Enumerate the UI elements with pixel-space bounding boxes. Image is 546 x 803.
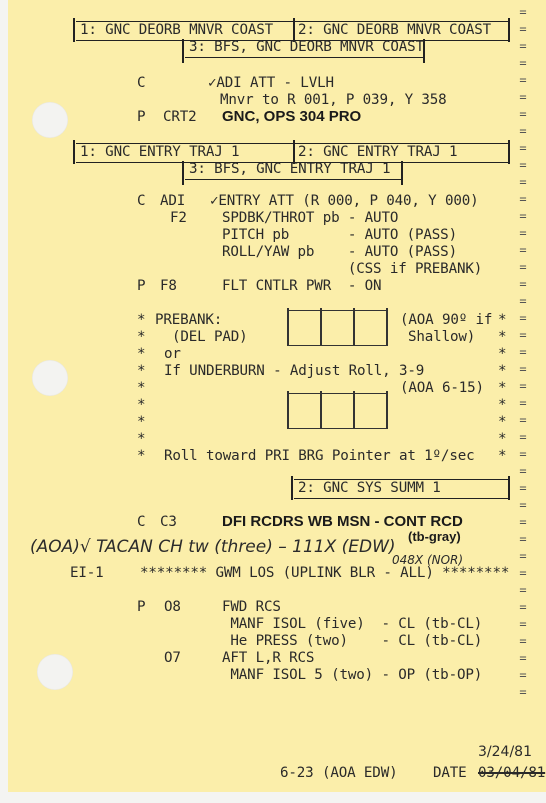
- star-bullet: *: [137, 414, 145, 431]
- aoa-note: (AOA 90º if: [400, 312, 492, 329]
- header-sys-summ: 2: GNC SYS SUMM 1: [298, 480, 441, 497]
- step-text: (CSS if PREBANK): [222, 261, 482, 278]
- los-banner: ******** GWM LOS (UPLINK BLR - ALL) ****…: [140, 565, 509, 582]
- change-bar-mark: =: [518, 123, 528, 140]
- date-label: DATE: [433, 765, 467, 782]
- change-bar-mark: =: [518, 4, 528, 21]
- change-bar-mark: =: [518, 446, 528, 463]
- star-bullet: *: [137, 448, 145, 465]
- change-bar-mark: =: [518, 259, 528, 276]
- change-bar-mark: =: [518, 548, 528, 565]
- star-bullet: *: [498, 448, 506, 465]
- header-right: 2: GNC ENTRY TRAJ 1: [298, 144, 457, 161]
- change-bar-mark: =: [518, 174, 528, 191]
- change-bar-mark: =: [518, 276, 528, 293]
- change-bar-mark: =: [518, 599, 528, 616]
- change-bar-mark: =: [518, 208, 528, 225]
- handwritten-tacan-note: (AOA)√ TACAN CH tw (three) – 111X (EDW): [30, 537, 396, 557]
- step-text-bold: GNC, OPS 304 PRO: [222, 108, 361, 125]
- star-bullet: *: [498, 346, 506, 363]
- change-bar-mark: =: [518, 378, 528, 395]
- star-bullet: *: [498, 380, 506, 397]
- crew-label: C: [137, 514, 145, 531]
- step-text: MANF ISOL (five) - CL (tb-CL): [222, 616, 482, 633]
- star-bullet: *: [137, 312, 145, 329]
- step-text: PITCH pb - AUTO (PASS): [222, 227, 457, 244]
- panel-label: F8: [160, 278, 177, 295]
- change-bar-mark: =: [518, 157, 528, 174]
- change-bar-mark: =: [518, 684, 528, 701]
- change-bar-mark: =: [518, 463, 528, 480]
- change-bar-mark: =: [518, 106, 528, 123]
- binder-hole: [37, 654, 73, 690]
- step-text: MANF ISOL 5 (two) - OP (tb-OP): [222, 667, 482, 684]
- change-bar-mark: =: [518, 38, 528, 55]
- star-bullet: *: [137, 397, 145, 414]
- crew-label: P: [137, 278, 145, 295]
- star-bullet: *: [137, 431, 145, 448]
- panel-label: CRT2: [163, 109, 197, 126]
- change-bar-mark: =: [518, 514, 528, 531]
- crew-label: P: [137, 599, 145, 616]
- header-bfs: 3: BFS, GNC ENTRY TRAJ 1: [189, 161, 390, 178]
- crew-label: C: [137, 193, 145, 210]
- header-bfs: 3: BFS, GNC DEORB MNVR COAST: [189, 39, 424, 56]
- change-bar-mark: =: [518, 140, 528, 157]
- star-bullet: *: [498, 312, 506, 329]
- del-pad-label: (DEL PAD): [172, 329, 248, 346]
- change-bar-mark: =: [518, 191, 528, 208]
- step-text: ✓ADI ATT - LVLH: [208, 75, 334, 92]
- ei-label: EI-1: [70, 565, 104, 582]
- step-text: AFT L,R RCS: [222, 650, 314, 667]
- header-right: 2: GNC DEORB MNVR COAST: [298, 22, 491, 39]
- change-bar-mark: =: [518, 361, 528, 378]
- underburn-text: If UNDERBURN - Adjust Roll, 3-9: [164, 363, 424, 380]
- aoa-note: Shallow): [408, 329, 475, 346]
- change-bar-mark: =: [518, 55, 528, 72]
- handwritten-date: 3/24/81: [478, 744, 532, 760]
- or-label: or: [164, 346, 181, 363]
- aoa-range: (AOA 6-15): [400, 380, 484, 397]
- header-left: 1: GNC ENTRY TRAJ 1: [80, 144, 239, 161]
- change-bar-mark: =: [518, 310, 528, 327]
- star-bullet: *: [498, 431, 506, 448]
- change-bar-mark: =: [518, 531, 528, 548]
- step-text: He PRESS (two) - CL (tb-CL): [222, 633, 482, 650]
- panel-label: ADI: [160, 193, 185, 210]
- panel-label: O7: [164, 650, 181, 667]
- date-old-struck: 03/04/81: [478, 765, 545, 782]
- change-bar-mark: =: [518, 293, 528, 310]
- star-bullet: *: [137, 346, 145, 363]
- change-bar-mark: =: [518, 72, 528, 89]
- change-bar-mark: =: [518, 667, 528, 684]
- star-bullet: *: [137, 363, 145, 380]
- roll-note: Roll toward PRI BRG Pointer at 1º/sec: [164, 448, 475, 465]
- panel-label: F2: [170, 210, 187, 227]
- change-bar-mark: =: [518, 616, 528, 633]
- star-bullet: *: [498, 397, 506, 414]
- crew-label: P: [137, 109, 145, 126]
- change-bar-mark: =: [518, 480, 528, 497]
- change-bar-mark: =: [518, 242, 528, 259]
- tb-gray-note: (tb-gray): [408, 528, 461, 545]
- change-bar-mark: =: [518, 225, 528, 242]
- step-text: Mnvr to R 001, P 039, Y 358: [220, 92, 447, 109]
- change-bar-mark: =: [518, 429, 528, 446]
- header-left: 1: GNC DEORB MNVR COAST: [80, 22, 273, 39]
- star-bullet: *: [137, 329, 145, 346]
- change-bar-mark: =: [518, 633, 528, 650]
- del-pad-entry-box: [287, 310, 387, 346]
- step-text: ✓ENTRY ATT (R 000, P 040, Y 000): [210, 193, 479, 210]
- binder-hole: [32, 360, 68, 396]
- star-bullet: *: [137, 380, 145, 397]
- star-bullet: *: [498, 414, 506, 431]
- step-text: SPDBK/THROT pb - AUTO: [222, 210, 398, 227]
- roll-entry-box: [287, 393, 387, 429]
- change-bar-mark: =: [518, 21, 528, 38]
- panel-label: C3: [160, 514, 177, 531]
- change-bar-mark: =: [518, 344, 528, 361]
- change-bar-mark: =: [518, 582, 528, 599]
- step-text: FLT CNTLR PWR - ON: [222, 278, 381, 295]
- binder-hole: [32, 102, 68, 138]
- prebank-title: PREBANK:: [155, 312, 222, 329]
- star-bullet: *: [498, 329, 506, 346]
- change-bar-mark: =: [518, 565, 528, 582]
- change-bar-mark: =: [518, 327, 528, 344]
- page-number: 6-23 (AOA EDW): [280, 765, 397, 782]
- step-text: ROLL/YAW pb - AUTO (PASS): [222, 244, 457, 261]
- crew-label: C: [137, 75, 145, 92]
- panel-label: O8: [164, 599, 181, 616]
- change-bar-mark: =: [518, 395, 528, 412]
- change-bar-mark: =: [518, 497, 528, 514]
- step-text: FWD RCS: [222, 599, 281, 616]
- star-bullet: *: [498, 363, 506, 380]
- change-bar-mark: =: [518, 89, 528, 106]
- change-bar-mark: =: [518, 412, 528, 429]
- change-bar-mark: =: [518, 650, 528, 667]
